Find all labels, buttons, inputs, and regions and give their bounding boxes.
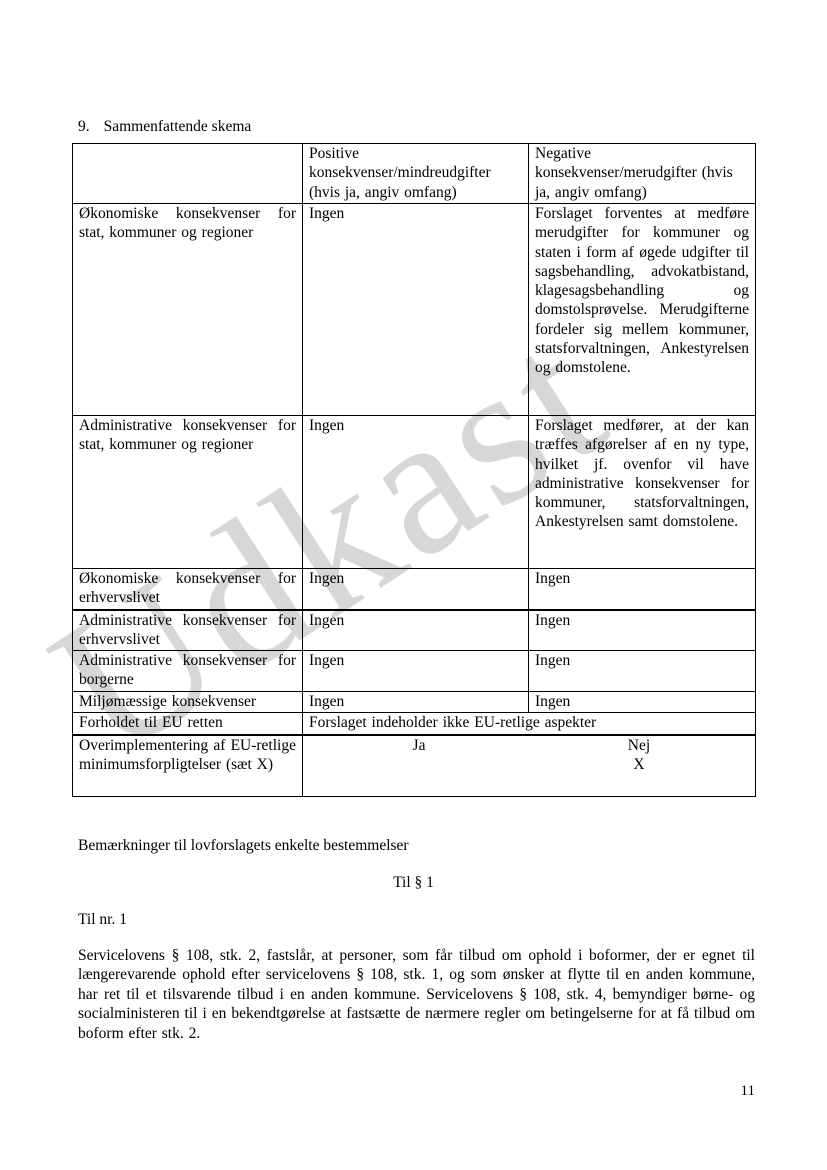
document-page: Udkast 9.Sammenfattende skema Positive k… [0,0,827,1170]
negative-cell: Forslaget forventes at medføre merudgift… [529,204,756,416]
positive-cell: Ingen [303,651,529,692]
nej-mark: X [529,755,749,774]
ja-column: Ja [309,736,529,775]
row-label: Overimplementering af EU-retlige minimum… [73,735,303,797]
nej-label: Nej [529,736,749,755]
til-paragraph-heading: Til § 1 [72,873,755,892]
section-title: Sammenfattende skema [104,118,252,135]
overimplementation-row: Overimplementering af EU-retlige minimum… [73,735,756,797]
overimplementation-cell: Ja Nej X [303,735,756,797]
negative-cell: Ingen [529,651,756,692]
positive-cell: Ingen [303,416,529,569]
eu-law-value: Forslaget indeholder ikke EU-retlige asp… [303,713,756,735]
table-row: Administrative konsekvenser for erhvervs… [73,610,756,651]
header-cell-negative: Negative konsekvenser/merudgifter (hvis … [529,144,756,204]
remarks-heading: Bemærkninger til lovforslagets enkelte b… [78,836,409,855]
page-content: 9.Sammenfattende skema Positive konsekve… [0,0,827,1170]
negative-cell: Forslaget medfører, at der kan træffes a… [529,416,756,569]
header-cell-empty [73,144,303,204]
page-number: 11 [72,1082,755,1101]
ja-nej-columns: Ja Nej X [309,736,749,775]
table-row: Administrative konsekvenser for borgerne… [73,651,756,692]
ja-label: Ja [413,737,426,754]
til-nr-heading: Til nr. 1 [78,910,127,929]
section-number: 9. [78,118,90,135]
header-cell-positive: Positive konsekvenser/mindreudgifter (hv… [303,144,529,204]
row-label: Administrative konsekvenser for borgerne [73,651,303,692]
row-label: Administrative konsekvenser for erhvervs… [73,610,303,651]
row-label: Økonomiske konsekvenser for stat, kommun… [73,204,303,416]
row-label: Administrative konsekvenser for stat, ko… [73,416,303,569]
negative-cell: Ingen [529,692,756,713]
section-heading: 9.Sammenfattende skema [78,117,251,136]
negative-cell: Ingen [529,569,756,610]
table-row: Miljømæssige konsekvenser Ingen Ingen [73,692,756,713]
summary-table: Positive konsekvenser/mindreudgifter (hv… [72,143,756,797]
row-label: Miljømæssige konsekvenser [73,692,303,713]
table-header-row: Positive konsekvenser/mindreudgifter (hv… [73,144,756,204]
table-row: Administrative konsekvenser for stat, ko… [73,416,756,569]
positive-cell: Ingen [303,569,529,610]
body-paragraph: Servicelovens § 108, stk. 2, fastslår, a… [78,946,755,1043]
positive-cell: Ingen [303,204,529,416]
row-label: Økonomiske konsekvenser for erhvervslive… [73,569,303,610]
negative-cell: Ingen [529,610,756,651]
eu-law-row: Forholdet til EU retten Forslaget indeho… [73,713,756,735]
positive-cell: Ingen [303,610,529,651]
row-label: Forholdet til EU retten [73,713,303,735]
table-row: Økonomiske konsekvenser for stat, kommun… [73,204,756,416]
nej-column: Nej X [529,736,749,775]
positive-cell: Ingen [303,692,529,713]
table-row: Økonomiske konsekvenser for erhvervslive… [73,569,756,610]
